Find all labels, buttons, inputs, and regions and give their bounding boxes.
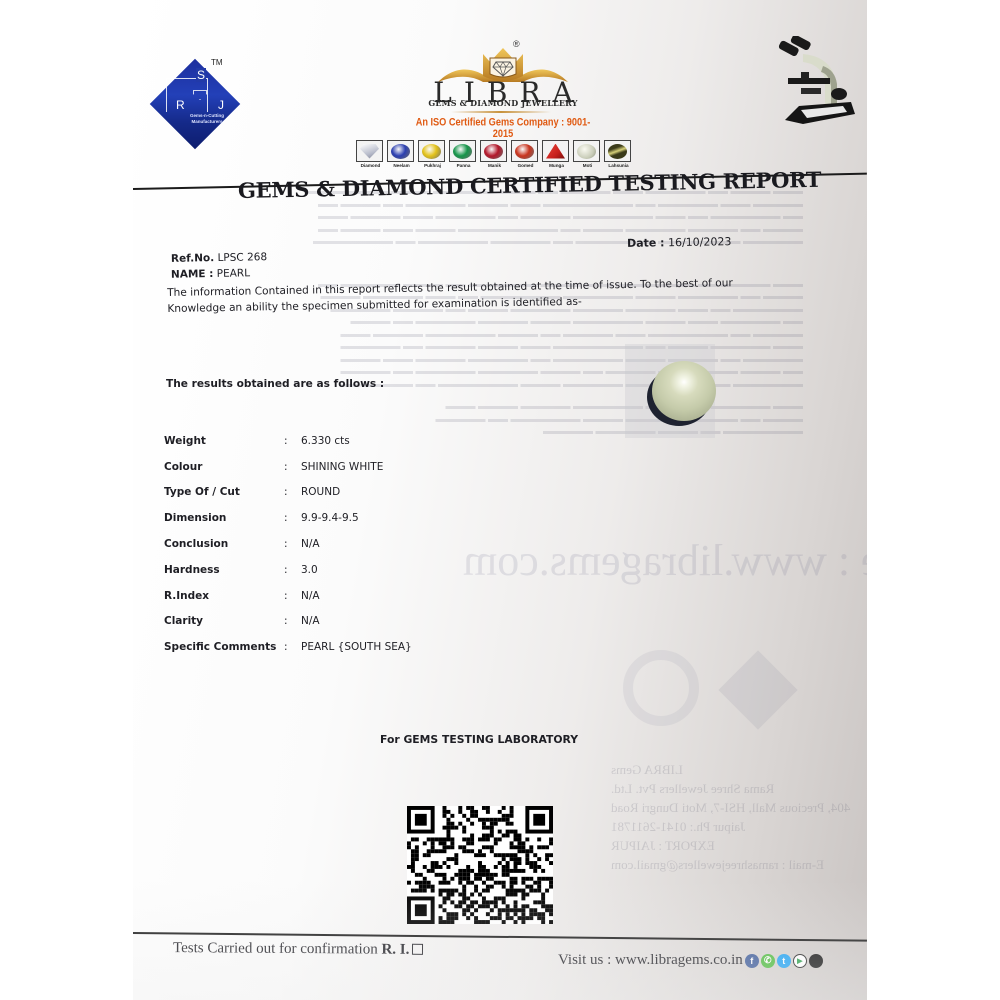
gem-label: Neelam — [387, 163, 416, 168]
spec-value: PEARL {SOUTH SEA} — [301, 641, 412, 653]
spec-separator: : — [284, 615, 301, 627]
gem-frame — [604, 140, 631, 162]
date-value: 16/10/2023 — [668, 235, 732, 249]
date-label: Date : — [627, 236, 665, 250]
spec-row-weight: Weight:6.330 cts — [164, 428, 412, 454]
spec-label: Colour — [164, 461, 284, 473]
panna-gem-icon — [453, 144, 472, 159]
gem-frame — [511, 140, 538, 162]
registered-mark: ® — [513, 39, 520, 49]
gem-diamond: Diamond — [356, 140, 385, 168]
spec-label: Conclusion — [164, 538, 284, 550]
bleed-through-seal — [623, 650, 699, 726]
spec-row-colour: Colour:SHINING WHITE — [164, 454, 412, 480]
spec-label: R.Index — [164, 590, 284, 602]
spec-separator: : — [284, 564, 301, 576]
gomed-gem-icon — [515, 144, 534, 159]
signature-line: For GEMS TESTING LABORATORY — [380, 733, 578, 746]
microscope-icon — [773, 36, 863, 131]
gem-label: Moti — [573, 163, 602, 168]
spec-value: N/A — [301, 615, 320, 627]
gem-gomed: Gomed — [511, 140, 540, 168]
pukhraj-gem-icon — [422, 144, 441, 159]
trademark-symbol: TM — [211, 58, 223, 67]
brand-tagline: GEMS & DIAMOND JEWELLERY — [403, 98, 603, 108]
rsj-letter-r: R — [176, 98, 185, 112]
paper-shading — [133, 880, 867, 1000]
results-heading: The results obtained are as follows : — [166, 378, 384, 390]
gold-divider — [451, 111, 551, 113]
specimen-name: NAME : PEARL — [171, 267, 250, 280]
gem-label: Gomed — [511, 163, 540, 168]
specification-table: Weight:6.330 ctsColour:SHINING WHITEType… — [164, 428, 412, 660]
spec-separator: : — [284, 512, 301, 524]
spec-row-clarity: Clarity:N/A — [164, 609, 412, 635]
spec-value: SHINING WHITE — [301, 461, 383, 473]
gem-label: Pukhraj — [418, 163, 447, 168]
ref-label: Ref.No. — [171, 252, 214, 265]
bleed-through-address: LIBRA Gems Rama Shree Jewellers Pvt. Ltd… — [611, 760, 850, 874]
gem-label: Manik — [480, 163, 509, 168]
bleed-through-diamond — [718, 650, 797, 729]
manik-gem-icon — [484, 144, 503, 159]
pearl-specimen-photo — [652, 361, 716, 421]
gem-frame — [542, 140, 569, 162]
gem-frame — [449, 140, 476, 162]
spec-separator: : — [284, 461, 301, 473]
spec-separator: : — [284, 590, 301, 602]
name-value: PEARL — [217, 267, 251, 280]
gem-lahsunia: Lahsunia — [604, 140, 633, 168]
gem-frame — [418, 140, 445, 162]
reference-number: Ref.No. LPSC 268 — [171, 251, 267, 265]
gem-label: Munga — [542, 163, 571, 168]
report-date: Date : 16/10/2023 — [627, 235, 732, 250]
spec-value: N/A — [301, 590, 320, 602]
spec-separator: : — [284, 486, 301, 498]
spec-separator: : — [284, 538, 301, 550]
spec-value: 6.330 cts — [301, 435, 350, 447]
gem-strip: DiamondNeelamPukhrajPannaManikGomedMunga… — [356, 140, 633, 168]
gem-label: Panna — [449, 163, 478, 168]
spec-label: Clarity — [164, 615, 284, 627]
gem-frame — [480, 140, 507, 162]
spec-label: Dimension — [164, 512, 284, 524]
spec-label: Weight — [164, 435, 284, 447]
name-label: NAME : — [171, 268, 214, 281]
spec-label: Hardness — [164, 564, 284, 576]
rsj-caption: Gems-n-Cutting Manufacturers — [179, 113, 235, 124]
gem-moti: Moti — [573, 140, 602, 168]
report-title: GEMS & DIAMOND CERTIFIED TESTING REPORT — [238, 168, 778, 203]
rsj-letter-s: S — [196, 68, 206, 82]
spec-value: ROUND — [301, 486, 340, 498]
spec-value: 9.9-9.4-9.5 — [301, 512, 359, 524]
munga-gem-icon — [546, 144, 565, 159]
spec-row-dimension: Dimension:9.9-9.4-9.5 — [164, 505, 412, 531]
gem-label: Lahsunia — [604, 163, 633, 168]
bleed-through-website: Website : www.libragems.com — [463, 535, 867, 586]
lahsunia-gem-icon — [608, 144, 627, 159]
spec-row-conclusion: Conclusion:N/A — [164, 531, 412, 557]
spec-label: Specific Comments — [164, 641, 284, 653]
spec-row-specific-comments: Specific Comments:PEARL {SOUTH SEA} — [164, 634, 412, 660]
gem-panna: Panna — [449, 140, 478, 168]
gem-pukhraj: Pukhraj — [418, 140, 447, 168]
spec-row-r-index: R.Index:N/A — [164, 583, 412, 609]
diamond-gem-icon — [360, 144, 379, 159]
rsj-letter-j: J — [218, 98, 224, 112]
certificate-page: ▬▬▬ ▬▬▬▬ ▬▬ ▬▬▬▬▬▬ ▬▬▬ ▬▬▬▬▬ ▬▬ ▬▬▬▬▬▬▬▬… — [133, 0, 867, 1000]
iso-certification: An ISO Certified Gems Company : 9001-201… — [408, 117, 598, 140]
neelam-gem-icon — [391, 144, 410, 159]
spec-value: N/A — [301, 538, 320, 550]
gem-frame — [387, 140, 414, 162]
spec-row-type-of-cut: Type Of / Cut:ROUND — [164, 480, 412, 506]
gem-label: Diamond — [356, 163, 385, 168]
spec-value: 3.0 — [301, 564, 318, 576]
spec-separator: : — [284, 435, 301, 447]
report-intro: The information Contained in this report… — [167, 275, 767, 317]
gem-frame — [356, 140, 383, 162]
gem-manik: Manik — [480, 140, 509, 168]
gem-neelam: Neelam — [387, 140, 416, 168]
spec-label: Type Of / Cut — [164, 486, 284, 498]
gem-frame — [573, 140, 600, 162]
moti-gem-icon — [577, 144, 596, 159]
spec-row-hardness: Hardness:3.0 — [164, 557, 412, 583]
ref-value: LPSC 268 — [217, 251, 267, 264]
gem-munga: Munga — [542, 140, 571, 168]
spec-separator: : — [284, 641, 301, 653]
